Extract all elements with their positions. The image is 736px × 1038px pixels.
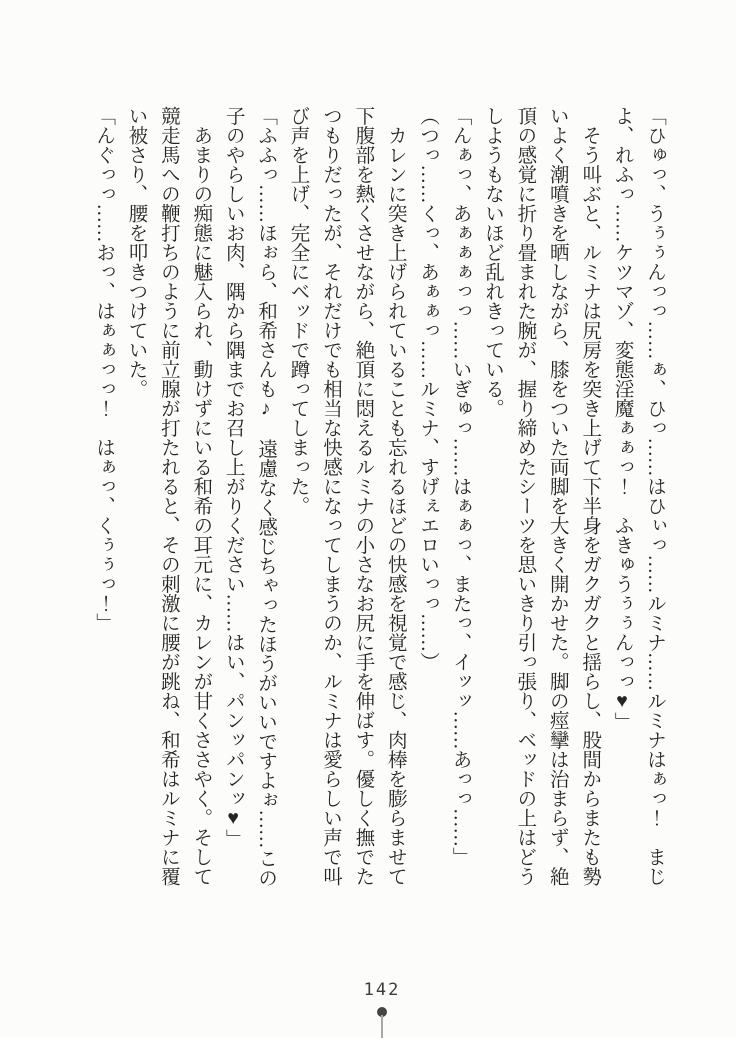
text-column: 競走馬への鞭打ちのように前立腺が打たれると、その刺激に腰が跳ね、和希はルミナに覆 (152, 106, 184, 888)
text-column: 「んぁっ、あぁぁぁっっ……いぎゅっ……はぁぁっ、またっ、イッッ……あっっ……」 (443, 106, 475, 888)
footer-rule (381, 1015, 383, 1038)
vertical-text-block: 「ひゅっ、うぅぅんっっ……ぁ、ひっ……はひぃっ……ルミナ……ルミナはぁっ！ まじ… (87, 106, 670, 896)
text-column: つもりだったが、それだけでも相当な快感になってしまうのか、ルミナは愛らしい声で叫 (314, 106, 346, 888)
text-column: （つっ……くっ、あぁぁっ……ルミナ、すげぇエロいっっ……） (411, 106, 443, 888)
footer-dot-marker (377, 1007, 387, 1017)
text-column: いよく潮噴きを晒しながら、膝をついた両脚を大きく開かせた。脚の痙攣は治まらず、絶 (540, 106, 572, 888)
page-number: 142 (342, 980, 422, 1000)
text-column: 「ひゅっ、うぅぅんっっ……ぁ、ひっ……はひぃっ……ルミナ……ルミナはぁっ！ まじ (638, 106, 670, 888)
text-column: 子のやらしいお肉、隅から隅までお召し上がりください……はい、パンッパンッ♥」 (216, 106, 248, 888)
text-column: そう叫ぶと、ルミナは尻房を突き上げて下半身をガクガクと揺らし、股間からまたも勢 (573, 106, 605, 888)
text-column: い被さり、腰を叩きつけていた。 (119, 106, 151, 888)
text-column: しようもないほど乱れきっている。 (476, 106, 508, 888)
text-column: よ、れふっ……ケツマゾ、変態淫魔ぁぁっ！ ふきゅうぅぅんっっ♥」 (605, 106, 637, 888)
book-page: 「ひゅっ、うぅぅんっっ……ぁ、ひっ……はひぃっ……ルミナ……ルミナはぁっ！ まじ… (0, 0, 736, 1038)
text-column: 頂の感覚に折り畳まれた腕が、握り締めたシーツを思いきり引っ張り、ベッドの上はどう (508, 106, 540, 888)
text-column: 「んぐっっ……おっ、はぁぁっっ！ はぁっ、くぅぅっ！」 (87, 106, 119, 888)
text-column: あまりの痴態に魅入られ、動けずにいる和希の耳元に、カレンが甘くささやく。そして (184, 106, 216, 888)
text-column: 下腹部を熱くさせながら、絶頂に悶えるルミナの小さなお尻に手を伸ばす。優しく撫でた (346, 106, 378, 888)
text-column: び声を上げ、完全にベッドで蹲ってしまった。 (281, 106, 313, 888)
text-column: カレンに突き上げられていることも忘れるほどの快感を視覚で感じ、肉棒を膨らませて (378, 106, 410, 888)
text-column: 「ふふっ……ほぉら、和希さんも♪ 遠慮なく感じちゃったほうがいいですよぉ……この (249, 106, 281, 888)
